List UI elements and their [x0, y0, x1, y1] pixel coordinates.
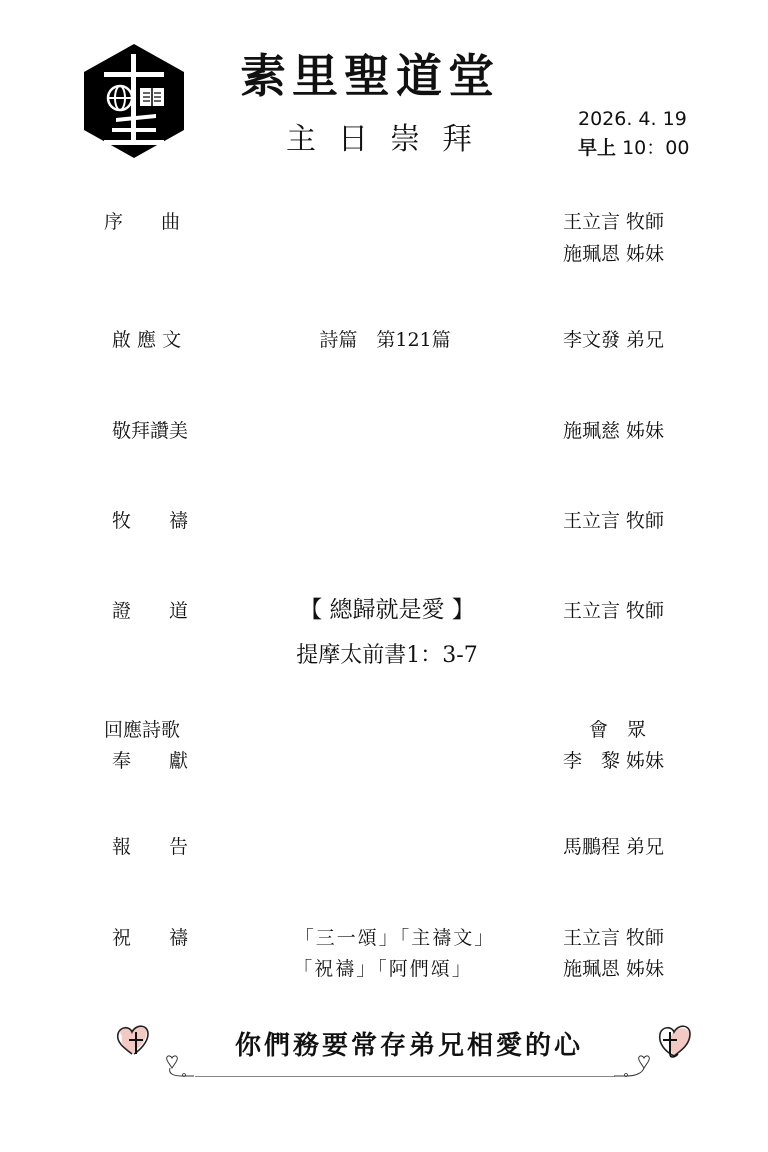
sermon-scripture: 提摩太前書1：3-7: [222, 639, 552, 673]
item-leader: 王立言 牧師: [563, 207, 664, 237]
item-label: 奉 獻: [112, 746, 188, 776]
item-label: 回應詩歌: [104, 715, 180, 745]
service-time: 早上 10：00: [578, 135, 689, 161]
item-leader: 施珮恩 姊妹: [563, 239, 664, 269]
time-value: 10：00: [622, 137, 689, 159]
item-label: 牧 禱: [112, 506, 188, 536]
sermon-title: 【 總歸就是愛 】: [222, 593, 552, 627]
item-label: 報 告: [112, 832, 188, 862]
item-label: 祝 禱: [112, 923, 188, 953]
footer-underline: [195, 1076, 615, 1077]
time-prefix: 早上: [578, 137, 616, 159]
heart-cross-icon: [610, 1018, 700, 1088]
heart-cross-icon: [110, 1018, 200, 1088]
item-content-sub: 「祝禱」「阿們頌」: [218, 954, 548, 984]
service-title: 主日崇拜: [286, 118, 494, 162]
item-leader: 李文發 弟兄: [563, 325, 664, 355]
item-leader: 李 黎 姊妹: [563, 746, 664, 776]
service-date: 2026. 4. 19: [578, 106, 687, 132]
item-content: 詩篇 第121篇: [220, 325, 550, 355]
item-leader: 會 眾: [570, 715, 646, 745]
church-name: 素里聖道堂: [240, 46, 580, 106]
item-label: 證 道: [112, 596, 188, 626]
item-leader: 王立言 牧師: [563, 596, 664, 626]
item-leader: 馬鵬程 弟兄: [563, 832, 664, 862]
item-label: 啟 應 文: [112, 325, 181, 355]
church-logo-icon: [80, 42, 188, 160]
item-label: 序 曲: [104, 207, 180, 237]
item-leader: 施珮恩 姊妹: [563, 954, 664, 984]
item-content: 「三一頌」「主禱文」: [230, 923, 560, 953]
footer-motto-banner: 你們務要常存弟兄相愛的心: [110, 1018, 700, 1088]
item-label: 敬拜讚美: [112, 416, 188, 446]
item-leader: 施珮慈 姊妹: [563, 416, 664, 446]
footer-motto-text: 你們務要常存弟兄相愛的心: [194, 1026, 624, 1066]
item-leader: 王立言 牧師: [563, 506, 664, 536]
church-logo: [80, 42, 188, 160]
item-leader: 王立言 牧師: [563, 923, 664, 953]
